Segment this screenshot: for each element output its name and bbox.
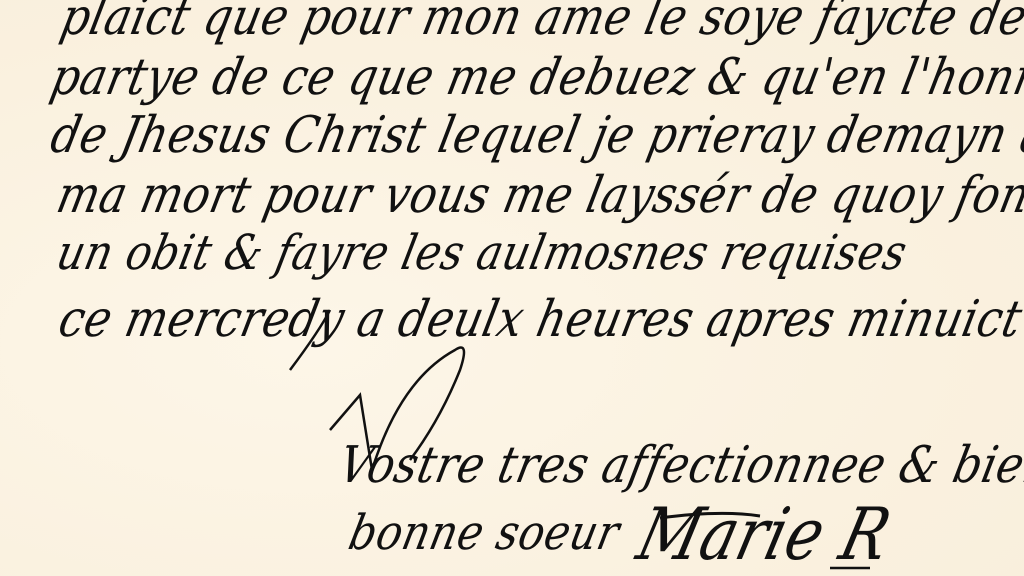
pen-flourish-icon — [0, 0, 1024, 576]
letter-page: plaict que pour mon ame le soye faycte d… — [0, 0, 1024, 576]
